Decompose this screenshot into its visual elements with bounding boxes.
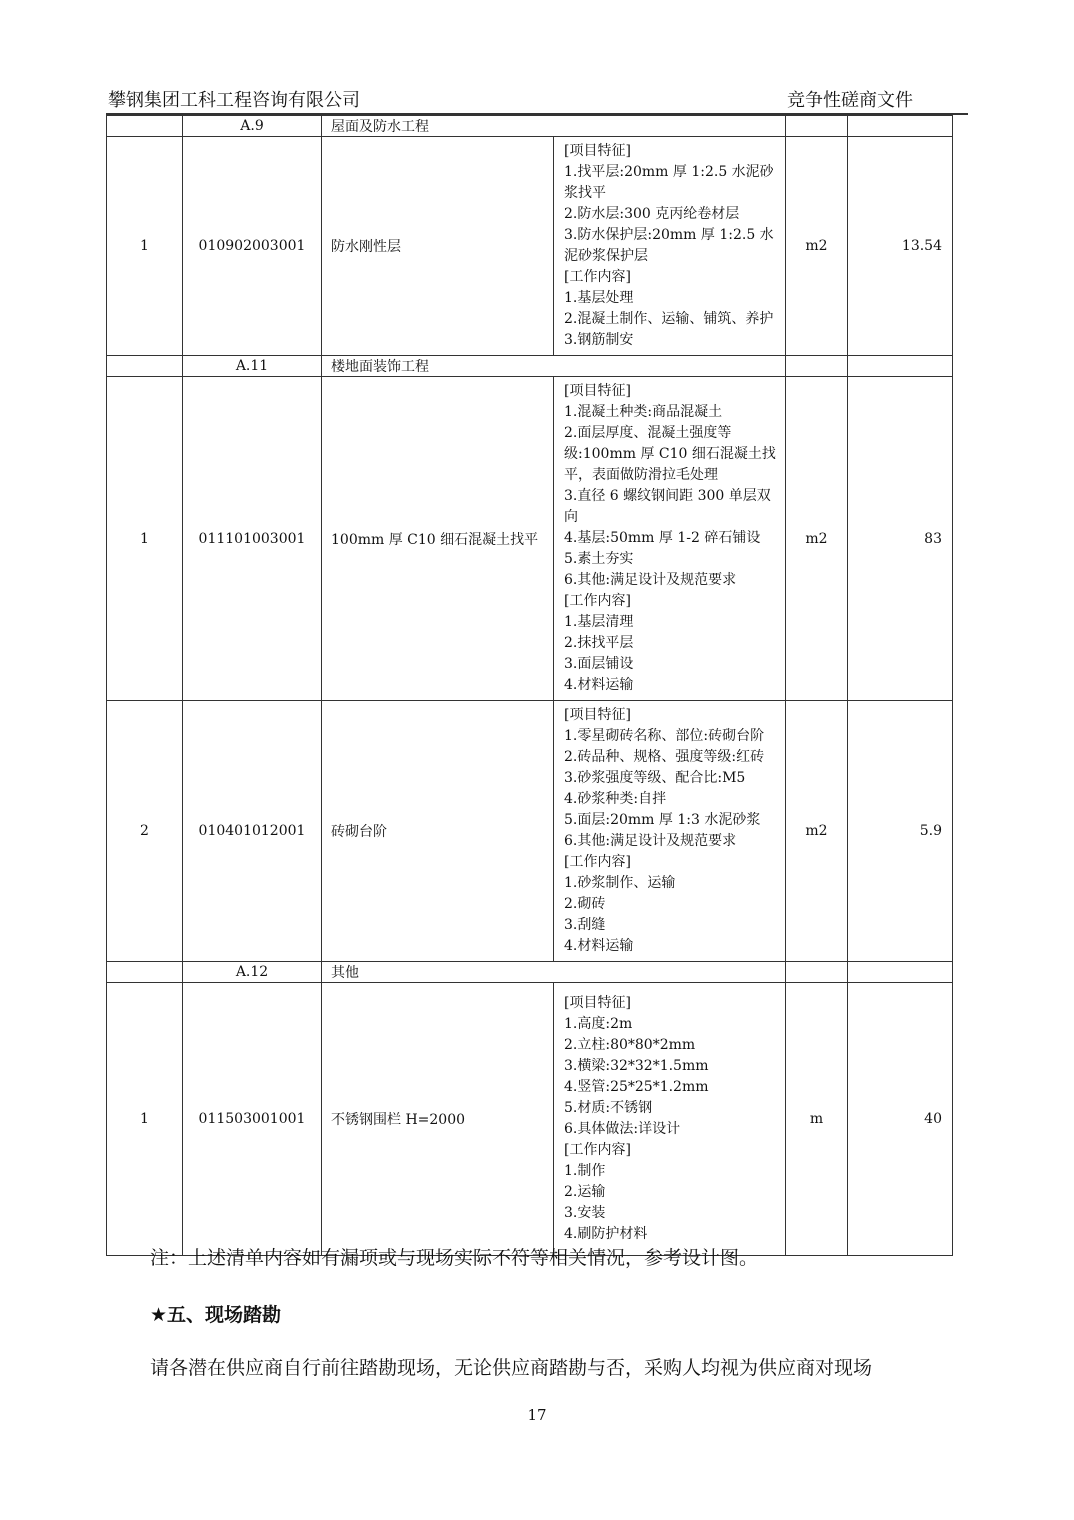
item-code: 011101003001	[183, 377, 322, 701]
item-description: [项目特征] 1.混凝土种类:商品混凝土 2.面层厚度、混凝土强度等级:100m…	[554, 377, 786, 701]
item-quantity: 40	[848, 983, 953, 1256]
item-no: 1	[107, 983, 183, 1256]
page-header: 攀钢集团工科工程咨询有限公司 竞争性磋商文件	[108, 86, 968, 112]
item-no: 2	[107, 701, 183, 962]
section-code: A.11	[183, 356, 322, 377]
section-code: A.9	[183, 116, 322, 137]
section-code: A.12	[183, 962, 322, 983]
section-row: A.9 屋面及防水工程	[107, 116, 953, 137]
bill-of-quantities-table: A.9 屋面及防水工程 1 010902003001 防水刚性层 [项目特征] …	[106, 115, 953, 1256]
section-name: 屋面及防水工程	[322, 116, 786, 137]
section-name: 楼地面装饰工程	[322, 356, 786, 377]
item-code: 010902003001	[183, 137, 322, 356]
table-row: 1 010902003001 防水刚性层 [项目特征] 1.找平层:20mm 厚…	[107, 137, 953, 356]
table-note: 注：上述清单内容如有漏项或与现场实际不符等相关情况，参考设计图。	[150, 1243, 758, 1270]
item-no: 1	[107, 137, 183, 356]
item-unit: m2	[786, 377, 848, 701]
page-number: 17	[0, 1406, 1074, 1424]
item-description: [项目特征] 1.高度:2m 2.立柱:80*80*2mm 3.横梁:32*32…	[554, 983, 786, 1256]
item-quantity: 13.54	[848, 137, 953, 356]
section-heading: ★五、现场踏勘	[150, 1300, 281, 1327]
document-type: 竞争性磋商文件	[787, 86, 913, 112]
table-row: 1 011101003001 100mm 厚 C10 细石混凝土找平 [项目特征…	[107, 377, 953, 701]
section-row: A.11 楼地面装饰工程	[107, 356, 953, 377]
item-description: [项目特征] 1.找平层:20mm 厚 1:2.5 水泥砂浆找平 2.防水层:3…	[554, 137, 786, 356]
table-row: 2 010401012001 砖砌台阶 [项目特征] 1.零星砌砖名称、部位:砖…	[107, 701, 953, 962]
item-unit: m2	[786, 137, 848, 356]
section-name: 其他	[322, 962, 786, 983]
item-name: 防水刚性层	[322, 137, 554, 356]
section-row: A.12 其他	[107, 962, 953, 983]
item-code: 011503001001	[183, 983, 322, 1256]
item-name: 100mm 厚 C10 细石混凝土找平	[322, 377, 554, 701]
item-no: 1	[107, 377, 183, 701]
table-row: 1 011503001001 不锈钢围栏 H=2000 [项目特征] 1.高度:…	[107, 983, 953, 1256]
company-name: 攀钢集团工科工程咨询有限公司	[108, 86, 360, 112]
body-paragraph: 请各潜在供应商自行前往踏勘现场，无论供应商踏勘与否，采购人均视为供应商对现场	[150, 1353, 872, 1380]
item-code: 010401012001	[183, 701, 322, 962]
item-name: 砖砌台阶	[322, 701, 554, 962]
item-quantity: 83	[848, 377, 953, 701]
item-unit: m	[786, 983, 848, 1256]
item-quantity: 5.9	[848, 701, 953, 962]
item-name: 不锈钢围栏 H=2000	[322, 983, 554, 1256]
item-description: [项目特征] 1.零星砌砖名称、部位:砖砌台阶 2.砖品种、规格、强度等级:红砖…	[554, 701, 786, 962]
item-unit: m2	[786, 701, 848, 962]
